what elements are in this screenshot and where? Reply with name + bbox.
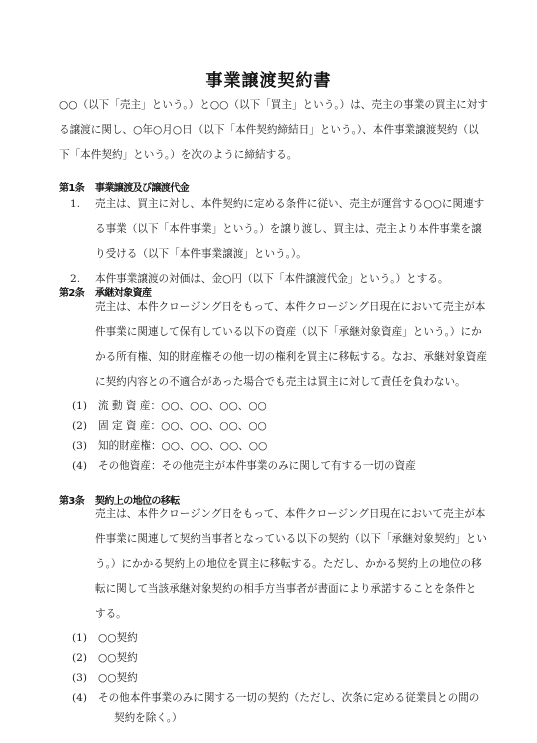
article-number: 第2条 [59,284,95,299]
item-line: 知的財産権：○○、○○、○○、○○ [98,439,267,453]
document-title: 事業譲渡契約書 [0,66,537,91]
article-body-line: 件事業に関連して契約当事者となっている以下の契約（以下「承継対象契約」とい [95,532,487,546]
article-title: 契約上の地位の移転 [95,496,180,507]
item-line: る事業（以下「本件事業」という。）を譲り渡し、買主は、売主より本件事業を譲 [95,222,482,236]
article-number: 第3条 [59,492,95,507]
article-body-line: 売主は、本件クロージング日をもって、本件クロージング日現在において売主が本 [95,507,485,521]
item-marker: (3) [72,671,87,685]
article-body-line: に契約内容との不適合があった場合でも売主は買主に対して責任を負わない。 [95,375,466,389]
item-marker: (3) [72,439,87,453]
item-line: 契約を除く。） [114,711,183,725]
item-marker: (2) [72,651,87,665]
document-page: 事業譲渡契約書 ○○（以下「売主」という。）と○○（以下「買主」という。）は、売… [0,0,537,743]
item-marker: (4) [72,459,87,473]
article-3-heading: 第3条契約上の地位の移転 [59,492,180,507]
article-2-heading: 第2条承継対象資産 [59,284,151,299]
article-body-line: 売主は、本件クロージング日をもって、本件クロージング日現在において売主が本 [95,300,485,314]
item-marker: (1) [72,399,87,413]
item-line: ○○契約 [98,671,138,685]
article-title: 承継対象資産 [95,288,151,299]
article-body-line: 転に関して当該承継対象契約の相手方当事者が書面により承諾することを条件と [95,582,476,596]
article-body-line: する。 [95,607,127,621]
item-line: 固 定 資 産：○○、○○、○○、○○ [98,419,267,433]
preamble-line: ○○（以下「売主」という。）と○○（以下「買主」という。）は、売主の事業の買主に… [59,98,488,112]
item-line: その他本件事業のみに関する一切の契約（ただし、次条に定める従業員との間の [98,691,479,705]
item-line: 売主は、買主に対し、本件契約に定める条件に従い、売主が運営する○○に関連す [95,197,484,211]
preamble-line: る譲渡に関し、○年○月○日（以下「本件契約締結日」という。）、本件事業譲渡契約（… [59,123,479,137]
item-line: り受ける（以下「本件事業譲渡」という。）。 [95,247,307,261]
preamble-line: 下「本件契約」という。）を次のように締結する。 [59,148,297,162]
item-line: 流 動 資 産：○○、○○、○○、○○ [98,399,267,413]
item-marker: (2) [72,419,87,433]
item-line: ○○契約 [98,631,138,645]
item-marker: (1) [72,631,87,645]
item-marker: (4) [72,691,87,705]
article-number: 第1条 [59,179,95,194]
article-body-line: かる所有権、知的財産権その他一切の権利を買主に移転する。なお、承継対象資産 [95,350,487,364]
article-body-line: う。）にかかる契約上の地位を買主に移転する。ただし、かかる契約上の地位の移 [95,557,482,571]
item-line: ○○契約 [98,651,138,665]
item-line: その他資産：その他売主が本件事業のみに関して有する一切の資産 [98,459,416,473]
article-body-line: 件事業に関連して保有している以下の資産（以下「承継対象資産」という。）にか [95,325,482,339]
item-marker: 1. [70,197,80,211]
article-1-heading: 第1条事業譲渡及び譲渡代金 [59,179,189,194]
article-title: 事業譲渡及び譲渡代金 [95,183,189,194]
